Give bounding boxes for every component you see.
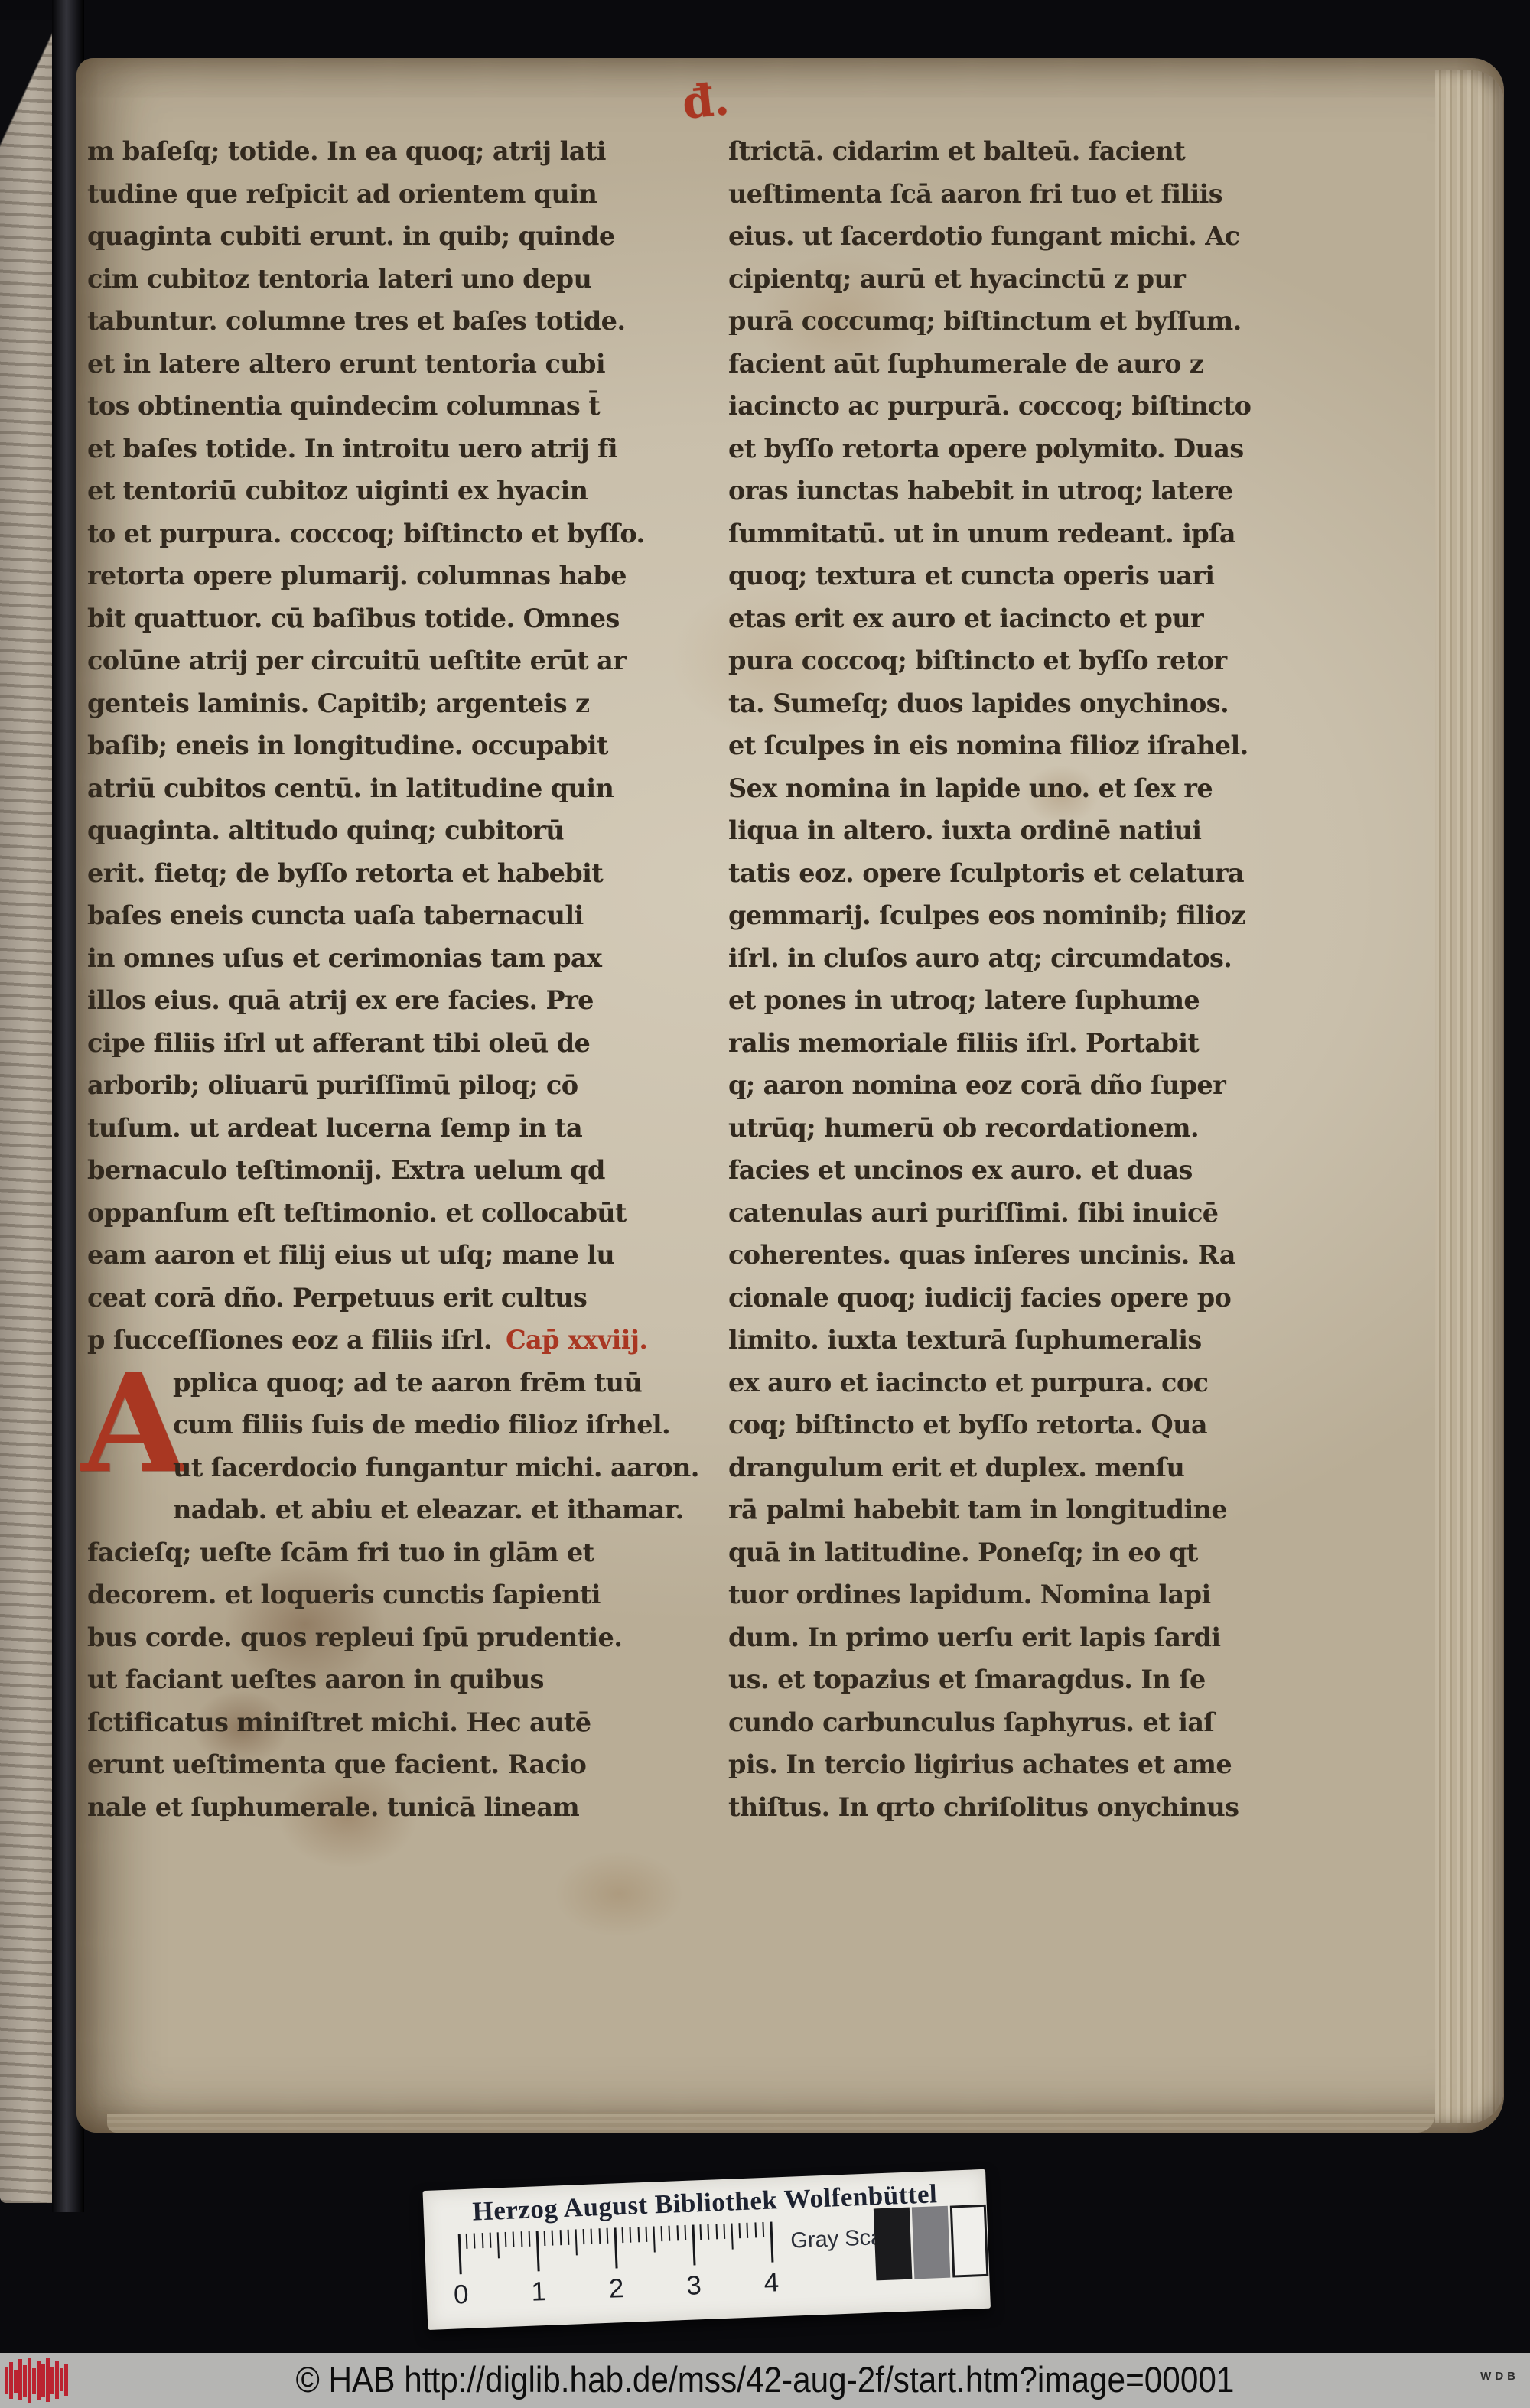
- digitized-manuscript-view: { "page": { "top_mark": "đ.", "left_colu…: [0, 0, 1530, 2408]
- ruler-tick: [474, 2233, 476, 2248]
- text-line: ex auro et iacincto et purpura. coc: [728, 1362, 1386, 1404]
- text-line: et in latere altero erunt tentoria cubi: [87, 343, 705, 386]
- ruler-tick: [567, 2230, 569, 2245]
- column-lines: pplica quoq; ad te aaron frēm tuūcum fil…: [87, 1362, 705, 1829]
- copyright-caption: © HAB http://diglib.hab.de/mss/42-aug-2f…: [76, 2353, 1453, 2408]
- ruler-tick: [466, 2234, 468, 2249]
- text-line: us. et topazius et ſmaragdus. In ſe: [728, 1658, 1386, 1701]
- ruler-tick: [731, 2224, 733, 2250]
- text-line: pis. In tercio ligirius achates et ame: [728, 1743, 1386, 1786]
- column-lines: ſtrictā. cidarim et balteū. facientueſti…: [728, 130, 1386, 1828]
- text-line: to et purpura. coccoq; biſtincto et byſſ…: [87, 513, 705, 555]
- text-line: eius. ut ſacerdotio fungant michi. Ac: [728, 215, 1386, 258]
- ruler-tick: [614, 2227, 618, 2268]
- ruler-tick: [622, 2227, 624, 2243]
- ruler-tick: [676, 2225, 679, 2240]
- logo-bar: [5, 2367, 8, 2394]
- text-line: etas erit ex auro et iacincto et pur: [728, 597, 1386, 640]
- wdb-watermark: WDB: [1480, 2370, 1519, 2383]
- ruler-tick: [684, 2225, 686, 2240]
- ruler-tick: [661, 2226, 663, 2241]
- facing-page-edge: [0, 26, 57, 2203]
- logo-bar: [50, 2367, 54, 2394]
- text-line: retorta opere plumarij. columnas habe: [87, 555, 705, 597]
- ruler-tick: [505, 2232, 507, 2247]
- text-line: nadab. et abiu et eleazar. et ithamar.: [87, 1489, 705, 1531]
- hab-logo-barcode-icon: [5, 2356, 75, 2405]
- ruler-tick: [497, 2232, 500, 2258]
- ruler-tick: [520, 2231, 522, 2247]
- text-line: liqua in altero. iuxta ordinē natiui: [728, 809, 1386, 852]
- text-line: nale et ſuphumerale. tunicā lineam: [87, 1786, 705, 1829]
- ruler-tick: [559, 2230, 562, 2245]
- ruler-tick: [637, 2227, 640, 2242]
- illuminated-initial: A: [81, 1366, 165, 1493]
- ruler-tick: [645, 2227, 647, 2242]
- text-line: cipientq; aurū et hyacinctū z pur: [728, 258, 1386, 301]
- text-line: rā palmi habebit tam in longitudine: [728, 1489, 1386, 1531]
- text-line: atriū cubitos centū. in latitudine quin: [87, 767, 705, 810]
- text-line: et pones in utroq; latere ſuphume: [728, 979, 1386, 1022]
- text-line: ut ſacerdocio fungantur michi. aaron.: [87, 1446, 705, 1489]
- ruler-tick: [591, 2229, 593, 2244]
- text-line: cum filiis ſuis de medio filioz iſrhel.: [87, 1404, 705, 1446]
- text-line: tuſum. ut ardeat lucerna ſemp in ta: [87, 1107, 705, 1150]
- text-column-left: m baſeſq; totide. In ea quoq; atrij lati…: [87, 130, 705, 1828]
- ruler-number: 4: [757, 2267, 787, 2299]
- text-line: ſummitatū. ut in unum redeant. ipſa: [728, 513, 1386, 555]
- manuscript-page: đ. m baſeſq; totide. In ea quoq; atrij l…: [76, 58, 1504, 2133]
- ruler-tick: [770, 2222, 773, 2263]
- ruler-tick: [458, 2234, 462, 2274]
- ruler-tick: [575, 2229, 578, 2255]
- text-line: m baſeſq; totide. In ea quoq; atrij lati: [87, 130, 705, 173]
- ruler-tick: [552, 2231, 554, 2246]
- text-line: ueſtimenta ſcā aaron fri tuo et filiis: [728, 173, 1386, 216]
- ruler-tick: [528, 2231, 530, 2247]
- text-line: oppanſum eſt teſtimonio. et collocabūt: [87, 1192, 705, 1235]
- text-line: facies et uncinos ex auro. et duas: [728, 1149, 1386, 1192]
- text-line: pplica quoq; ad te aaron frēm tuū: [87, 1362, 705, 1404]
- logo-bar: [23, 2365, 27, 2397]
- text-line: colūne atrij per circuitū ueſtite erūt a…: [87, 639, 705, 682]
- text-line: cim cubitoz tentoria lateri uno depu: [87, 258, 705, 301]
- column-lines: m baſeſq; totide. In ea quoq; atrij lati…: [87, 130, 705, 1319]
- gray-scale-swatch: [950, 2205, 989, 2278]
- text-line: bit quattuor. cū baſibus totide. Omnes: [87, 597, 705, 640]
- text-line: cionale quoq; iudicij facies opere po: [728, 1277, 1386, 1320]
- text-line: utrūq; humerū ob recordationem.: [728, 1107, 1386, 1150]
- text-line: et byſſo retorta opere polymito. Duas: [728, 428, 1386, 470]
- text-line: cipe filiis iſrl ut afferant tibi oleū d…: [87, 1022, 705, 1065]
- ruler-tick: [739, 2223, 741, 2238]
- logo-bar: [14, 2370, 18, 2393]
- ruler-tick: [715, 2224, 718, 2239]
- text-line: facient aūt ſuphumerale de auro z: [728, 343, 1386, 386]
- ruler-tick: [606, 2228, 608, 2244]
- logo-bar: [32, 2368, 36, 2394]
- logo-bar: [41, 2364, 45, 2397]
- text-line: illos eius. quā atrij ex ere facies. Pre: [87, 979, 705, 1022]
- text-line: iſrl. in cluſos auro atq; circumdatos.: [728, 937, 1386, 980]
- text-line: ceat corā dño. Perpetuus erit cultus: [87, 1277, 705, 1320]
- text-line: et ſculpes in eis nomina filioz iſrahel.: [728, 724, 1386, 767]
- ruler-tick: [723, 2224, 725, 2239]
- text-line: genteis laminis. Capitib; argenteis z: [87, 682, 705, 725]
- text-line: quā in latitudine. Poneſq; in eo qt: [728, 1531, 1386, 1574]
- text-line: facieſq; ueſte ſcām fri tuo in glām et: [87, 1531, 705, 1574]
- text-line: thiſtus. In qrto chriſolitus onychinus: [728, 1786, 1386, 1829]
- gray-scale-swatch: [874, 2208, 913, 2281]
- text-line: cundo carbunculus ſaphyrus. et iaſ: [728, 1701, 1386, 1744]
- text-line: quaginta. altitudo quinq; cubitorū: [87, 809, 705, 852]
- text-line: quaginta cubiti erunt. in quib; quinde: [87, 215, 705, 258]
- ruler-tick: [536, 2231, 540, 2271]
- ruler-tick: [747, 2223, 749, 2238]
- ruler-tick: [513, 2232, 515, 2247]
- text-line: ſtrictā. cidarim et balteū. facient: [728, 130, 1386, 173]
- logo-bar: [46, 2358, 50, 2402]
- page-bottom-edge: [107, 2114, 1435, 2133]
- text-line: et tentoriū cubitoz uiginti ex hyacin: [87, 470, 705, 513]
- text-line: q; aaron nomina eoz corā dño ſuper: [728, 1064, 1386, 1107]
- ruler-tick: [583, 2229, 585, 2244]
- ruler-tick: [692, 2224, 695, 2265]
- ruler-tick: [489, 2233, 491, 2248]
- text-line: tuor ordines lapidum. Nomina lapi: [728, 1573, 1386, 1616]
- text-line: baſib; eneis in longitudine. occupabit: [87, 724, 705, 767]
- text-line: erit. fietq; de byſſo retorta et habebit: [87, 852, 705, 895]
- text-line: oras iunctas habebit in utroq; latere: [728, 470, 1386, 513]
- ruler-number: 1: [523, 2276, 554, 2308]
- text-line: et baſes totide. In introitu uero atrij …: [87, 428, 705, 470]
- logo-bar: [9, 2362, 13, 2399]
- logo-bar: [28, 2358, 31, 2403]
- logo-bar: [37, 2361, 41, 2400]
- calibration-card: Herzog August Bibliothek Wolfenbüttel 01…: [423, 2169, 991, 2330]
- chapter-start-block: A pplica quoq; ad te aaron frēm tuūcum f…: [87, 1362, 705, 1829]
- chapter-number: Cap̄ xxviij.: [506, 1325, 648, 1355]
- logo-bar: [60, 2368, 63, 2391]
- text-line: quoq; textura et cuncta operis uari: [728, 555, 1386, 597]
- page-block-edge: [1435, 70, 1504, 2123]
- ruler-tick: [598, 2228, 601, 2244]
- text-line: ſctificatus miniſtret michi. Hec autē: [87, 1701, 705, 1744]
- text-line: tabuntur. columne tres et baſes totide.: [87, 300, 705, 343]
- ruler-number: 2: [601, 2273, 632, 2305]
- ruler-tick: [762, 2222, 764, 2237]
- text-line: ta. Sumeſq; duos lapides onychinos.: [728, 682, 1386, 725]
- ruler-tick: [754, 2222, 757, 2237]
- ruler-number: 3: [679, 2270, 709, 2302]
- ruler-tick: [630, 2227, 632, 2243]
- text-line: Sex nomina in lapide uno. et ſex re: [728, 767, 1386, 810]
- text-line: erunt ueſtimenta que facient. Racio: [87, 1743, 705, 1786]
- text-line: arborib; oliuarū puriſſimū piloq; cō: [87, 1064, 705, 1107]
- footer-bar: © HAB http://diglib.hab.de/mss/42-aug-2f…: [0, 2353, 1530, 2408]
- ruler-tick: [669, 2226, 671, 2241]
- ruler-tick: [544, 2231, 546, 2246]
- gray-scale-swatch: [912, 2206, 951, 2279]
- logo-bar: [64, 2364, 68, 2396]
- ruler-number: 0: [446, 2279, 477, 2311]
- text-line: pura coccoq; biſtincto et byſſo retor: [728, 639, 1386, 682]
- ruler-tick: [700, 2224, 702, 2240]
- text-line: bus corde. quos repleui ſpū prudentie.: [87, 1616, 705, 1659]
- text-line: tatis eoz. opere ſculptoris et celatura: [728, 852, 1386, 895]
- text-line: bernaculo teſtimonij. Extra uelum qd: [87, 1149, 705, 1192]
- ruler-tick: [481, 2233, 483, 2248]
- ruler-tick: [708, 2224, 710, 2240]
- text-line: drangulum erit et duplex. menſu: [728, 1446, 1386, 1489]
- text-line: baſes eneis cuncta uaſa tabernaculi: [87, 894, 705, 937]
- text-line: catenulas auri puriſſimi. ſibi inuicē: [728, 1192, 1386, 1235]
- text-line: limito. iuxta texturā ſuphumeralis: [728, 1319, 1386, 1362]
- text-line: tudine que reſpicit ad orientem quin: [87, 173, 705, 216]
- text-column-right: ſtrictā. cidarim et balteū. facientueſti…: [728, 130, 1386, 1828]
- text-line: ut faciant ueſtes aaron in quibus: [87, 1658, 705, 1701]
- gray-scale-swatches: [874, 2205, 989, 2281]
- text-line: dum. In primo uerſu erit lapis ſardi: [728, 1616, 1386, 1659]
- text-line: coq; biſtincto et byſſo retorta. Qua: [728, 1404, 1386, 1446]
- logo-bar: [18, 2359, 22, 2400]
- text-line: decorem. et loqueris cunctis ſapienti: [87, 1573, 705, 1616]
- text-line: in omnes uſus et cerimonias tam pax: [87, 937, 705, 980]
- ruler-ticks: [458, 2222, 772, 2277]
- text-line: tos obtinentia quindecim columnas t̄: [87, 385, 705, 428]
- text-line: eam aaron et filij eius ut uſq; mane lu: [87, 1234, 705, 1277]
- text-line: purā coccumq; biſtinctum et byſſum.: [728, 300, 1386, 343]
- logo-bar: [55, 2361, 59, 2399]
- text-line: ralis memoriale filiis iſrl. Portabit: [728, 1022, 1386, 1065]
- text-line: iacincto ac purpurā. coccoq; biſtincto: [728, 385, 1386, 428]
- text-line: gemmarij. ſculpes eos nominib; filioz: [728, 894, 1386, 937]
- text-line: coherentes. quas inſeres uncinis. Ra: [728, 1234, 1386, 1277]
- ruler-tick: [653, 2226, 656, 2252]
- quire-mark: đ.: [680, 73, 732, 129]
